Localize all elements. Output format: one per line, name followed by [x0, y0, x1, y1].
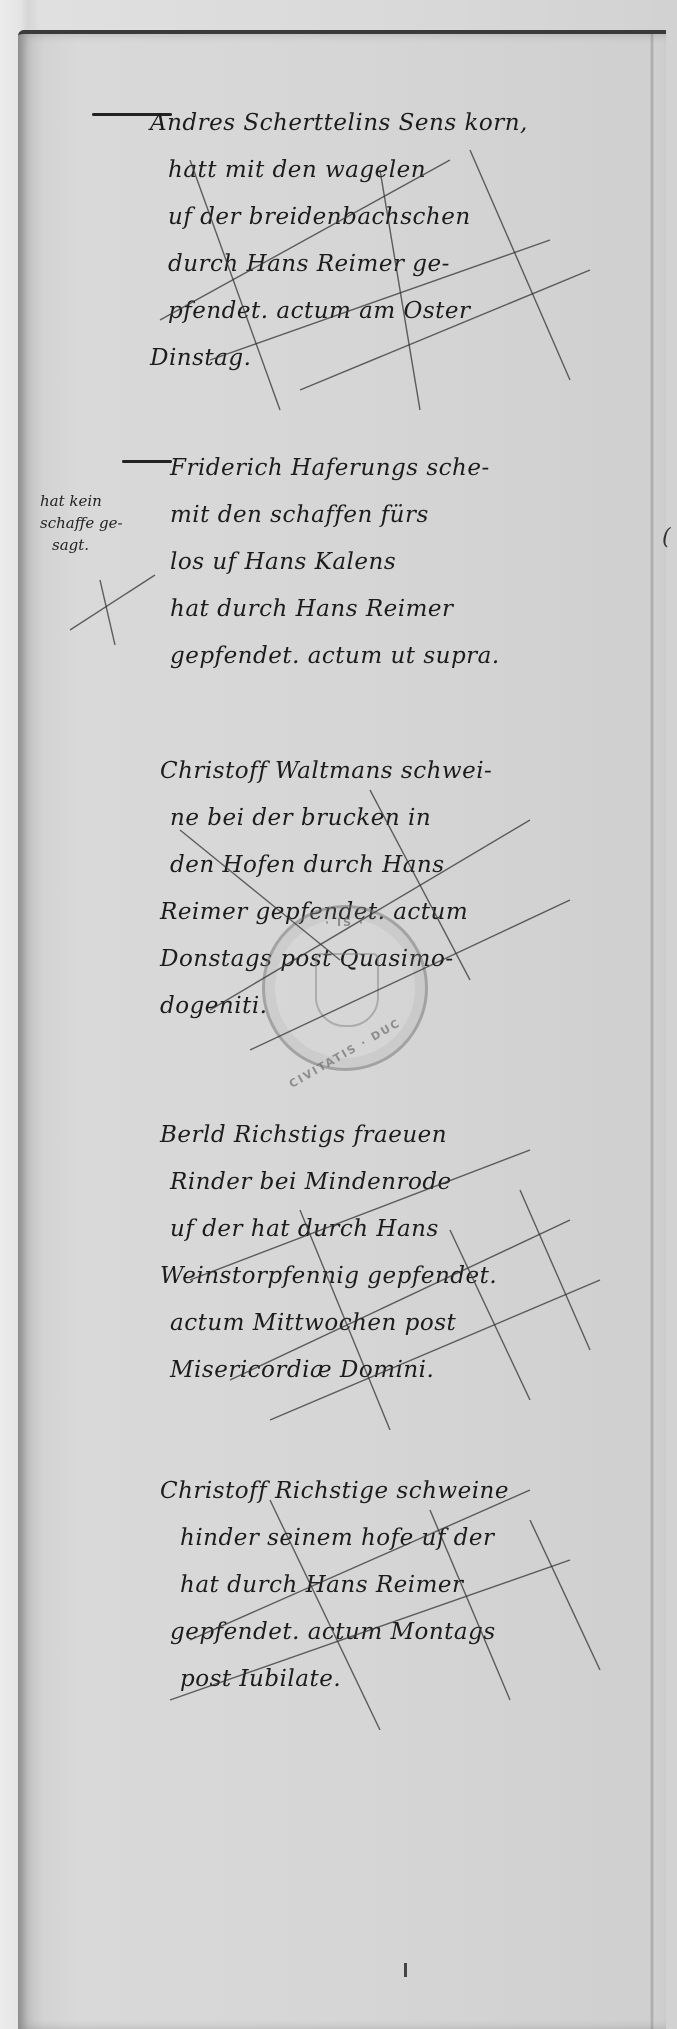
entry-line: Misericordiæ Domini.	[160, 1347, 630, 1394]
entry-line: Rinder bei Mindenrode	[160, 1159, 630, 1206]
entry-line: hatt mit den wagelen	[150, 147, 620, 194]
adjacent-page-fragment: (	[662, 525, 671, 550]
margin-note-line: hat kein	[40, 490, 150, 512]
entry-line: gepfendet. actum ut supra.	[170, 633, 640, 680]
stamp-text-top: · IS ·	[265, 916, 425, 929]
entry-line: Christoff Richstige schweine	[160, 1468, 630, 1515]
entry-line: post Iubilate.	[160, 1656, 630, 1703]
margin-note-line: sagt.	[40, 534, 150, 556]
stamp-emblem-icon	[315, 953, 379, 1027]
archive-stamp: · IS · CIVITATIS · DUC	[262, 905, 428, 1071]
entry-line: pfendet. actum am Oster	[150, 288, 620, 335]
entry-line: hat durch Hans Reimer	[160, 1562, 630, 1609]
entry-line: durch Hans Reimer ge-	[150, 241, 620, 288]
entry-4: Berld Richstigs fraeuen Rinder bei Minde…	[160, 1112, 630, 1394]
entry-line: Friderich Haferungs sche-	[170, 445, 640, 492]
entry-1: Andres Scherttelins Sens korn, hatt mit …	[150, 100, 620, 382]
entry-2: Friderich Haferungs sche- mit den schaff…	[170, 445, 640, 680]
entry-line: hinder seinem hofe uf der	[160, 1515, 630, 1562]
entry-line: Christoff Waltmans schwei-	[160, 748, 630, 795]
margin-note: hat kein schaffe ge- sagt.	[40, 490, 150, 556]
entry-line: hat durch Hans Reimer	[170, 586, 640, 633]
margin-note-line: schaffe ge-	[40, 512, 150, 534]
entry-line: uf der hat durch Hans	[160, 1206, 630, 1253]
entry-line: actum Mittwochen post	[160, 1300, 630, 1347]
entry-line: uf der breidenbachschen	[150, 194, 620, 241]
entry-line: Weinstorpfennig gepfendet.	[160, 1253, 630, 1300]
entry-line: ne bei der brucken in	[160, 795, 630, 842]
entry-line: Dinstag.	[150, 335, 620, 382]
entry-line: mit den schaffen fürs	[170, 492, 640, 539]
entry-line: gepfendet. actum Montags	[160, 1609, 630, 1656]
entry-line: los uf Hans Kalens	[170, 539, 640, 586]
bottom-ink-mark	[404, 1963, 407, 1977]
entry-5: Christoff Richstige schweine hinder sein…	[160, 1468, 630, 1703]
entry-line: Berld Richstigs fraeuen	[160, 1112, 630, 1159]
entry-line: Andres Scherttelins Sens korn,	[150, 100, 620, 147]
entry-leader-line	[122, 460, 172, 463]
entry-line: den Hofen durch Hans	[160, 842, 630, 889]
